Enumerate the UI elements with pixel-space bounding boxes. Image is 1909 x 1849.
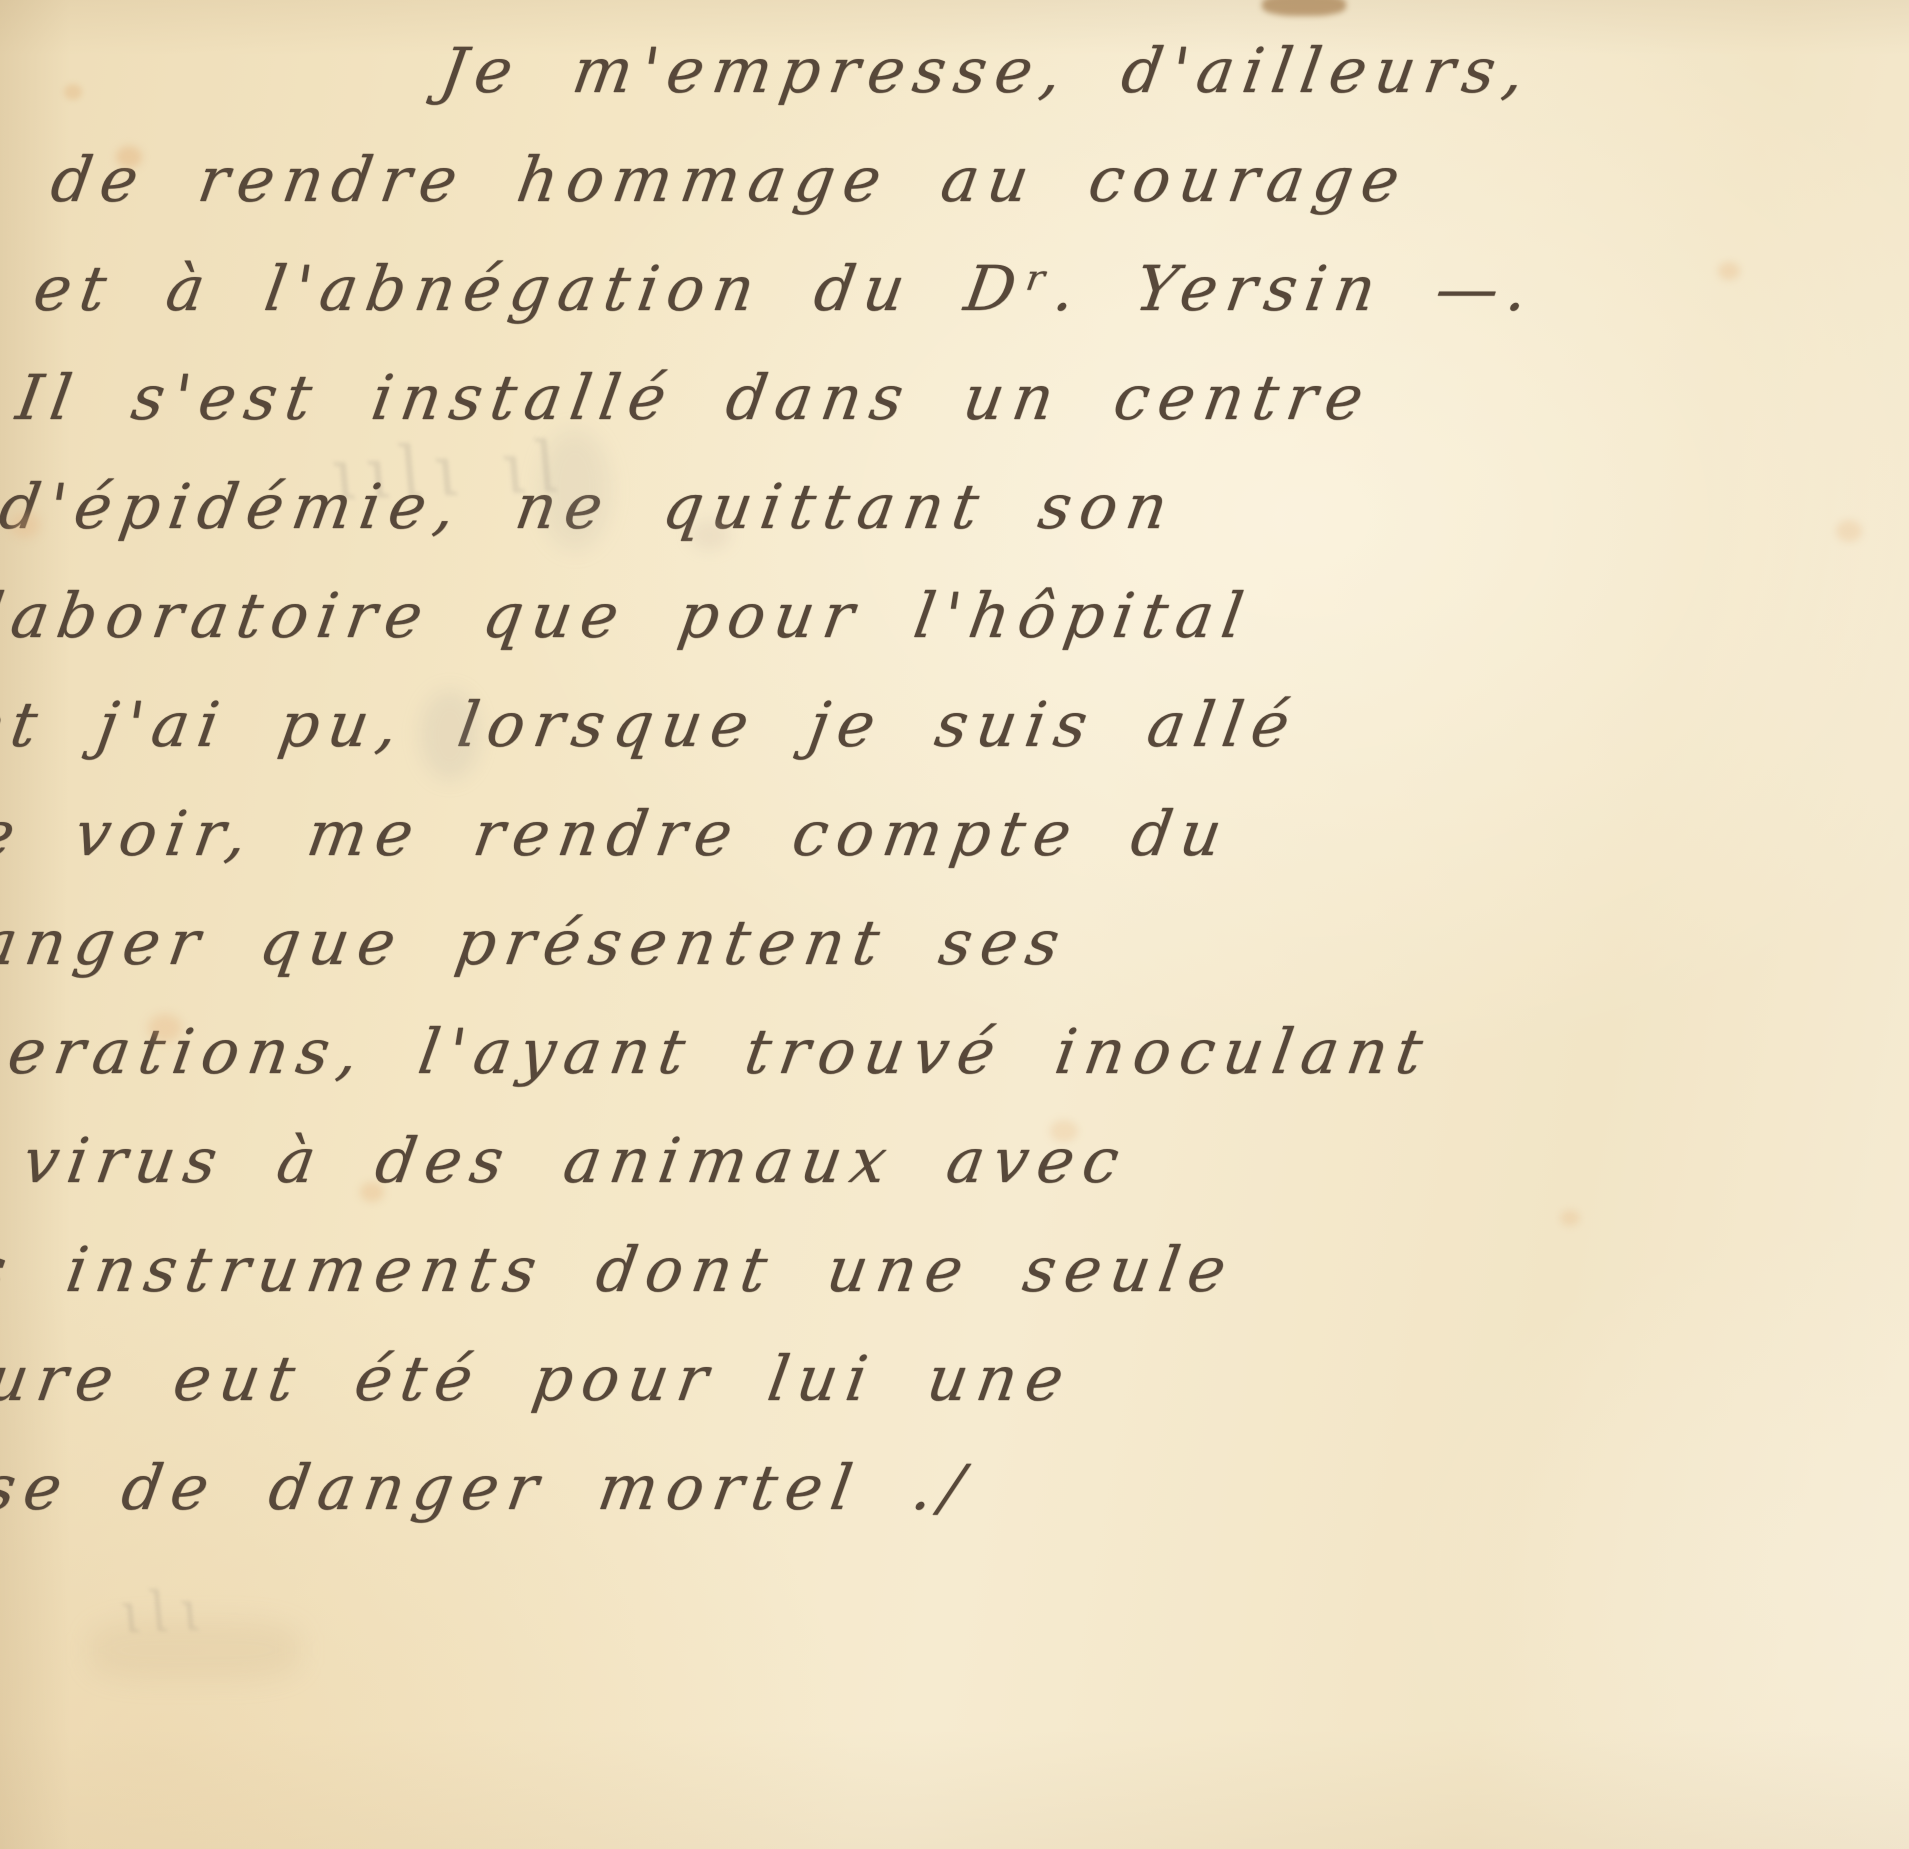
letter-line: et j'ai pu, lorsque je suis allé [0,670,1785,779]
smudge [90,1620,300,1680]
letter-line: le voir, me rendre compte du [0,779,1768,888]
foxing-spot [1836,520,1862,542]
letter-line: laboratoire que pour l'hôpital [0,561,1803,670]
letter-line: d'épidémie, ne quittant son [0,452,1820,561]
stain [1262,0,1346,16]
letter-line: le virus à des animaux avec [0,1106,1716,1215]
letter-line: Il s'est installé dans un centre [9,343,1837,452]
letter-line: cause de danger mortel ./ [0,1433,1665,1542]
letter-line: danger que présentent ses [0,888,1751,997]
letter-line: piqure eut été pour lui une [0,1324,1682,1433]
letter-line: operations, l'ayant trouvé inoculant [0,997,1734,1106]
ink-showthrough: ılı [111,1578,218,1646]
letter-line: de rendre hommage au courage [43,125,1871,234]
letter-line: et à l'abnégation du Dʳ. Yersin —. [26,234,1854,343]
letter-line: Je m'empresse, d'ailleurs, [61,16,1889,125]
letter-text: Je m'empresse, d'ailleurs, de rendre hom… [0,16,1889,1542]
letter-line: des instruments dont une seule [0,1215,1699,1324]
letter-page: ıılı ıl ılı Je m'empresse, d'ailleurs, d… [0,0,1909,1849]
